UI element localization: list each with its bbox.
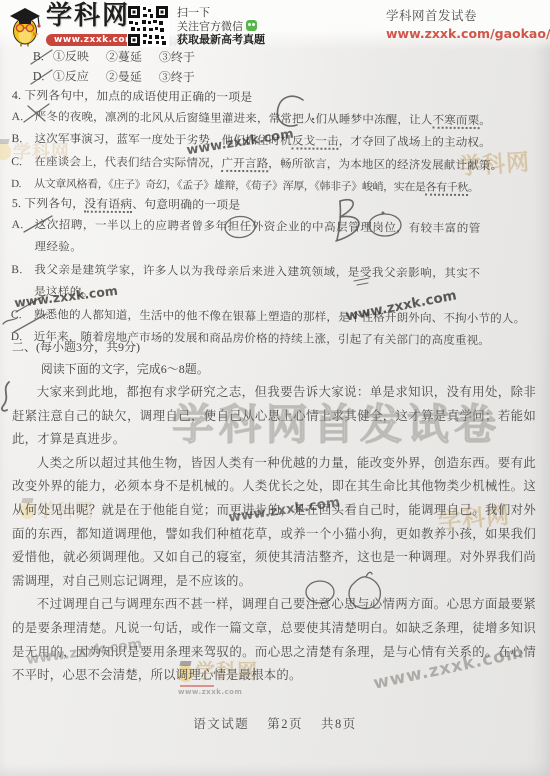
option-label: B. — [11, 128, 22, 151]
exam-source-title: 学科网首发试卷 — [386, 6, 550, 24]
wechat-icon — [246, 20, 257, 31]
question-4: 4. 下列各句中，加点的成语使用正确的一项是 A.严冬的夜晚，凛冽的北风从后窗缝… — [11, 84, 536, 200]
question-3-rows: B.①反映②蔓延③终于 D.①反应②曼延③终于 — [33, 46, 536, 90]
reading-intro: 阅读下面的文字，完成6～8题。 — [12, 358, 536, 380]
option-row-a: A.这次招聘，一半以上的应聘者曾多年担任外资企业的中高层管理岗位，有较丰富的管理… — [11, 214, 480, 263]
header-right: 学科网首发试卷 www.zxxk.com/gaokao/2014/ — [386, 6, 550, 41]
idiom-emphasis: 广开言路 — [221, 158, 268, 172]
idiom-emphasis: 反戈一击 — [292, 136, 339, 150]
section-2: 二、(每小题3分，共9分) 阅读下面的文字，完成6～8题。 大家来到此地，都抱有… — [12, 336, 536, 687]
footer-page: 第2页 — [267, 717, 303, 731]
qr-caption: 扫一下 关注官方微信 获取最新高考真题 — [177, 6, 265, 47]
option-label: C. — [11, 151, 22, 174]
qr-code — [127, 5, 169, 52]
footer-total: 共8页 — [321, 717, 357, 731]
option-text: 熟悉他的人都知道，生活中的他不像在银幕上塑造的那样，是个性格开朗外向、不拘小节的… — [34, 309, 525, 325]
idiom-emphasis: 各有千秋 — [425, 182, 468, 196]
passage-paragraph: 人类之所以超过其他生物，皆因人类有一种优越的力量，能改变外界，创造东西。要有此改… — [12, 451, 536, 593]
idiom-emphasis: 不寒而栗 — [432, 115, 479, 129]
option-label: A. — [12, 214, 24, 237]
qr-caption-line3: 获取最新高考真题 — [177, 33, 265, 47]
stem-emphasis: 没有语病 — [84, 197, 132, 213]
reading-passage: 大家来到此地，都抱有求学研究之志，但我要告诉大家说：单是求知识，没有用处，除非赶… — [12, 380, 536, 687]
page-footer: 语文试题第2页共8页 — [0, 714, 550, 732]
option-label: D. — [33, 66, 53, 86]
option-row-b: B.我父亲是建筑学家，许多人以为我母亲后来进入建筑领域，是受我父亲影响，其实不是… — [11, 259, 480, 308]
margin-squiggle — [2, 382, 9, 411]
passage-paragraph: 不过调理自己与调理东西不甚一样，调理自己要注意心思与心情两方面。心思方面最要紧的… — [12, 592, 536, 686]
option-text: 我父亲是建筑学家，许多人以为我母亲后来进入建筑领域，是受我父亲影响，其实不是这样… — [34, 264, 480, 299]
zxxk-logo: 学科网 www.zxxk.com — [6, 3, 143, 47]
option-text: 在座谈会上，代表们结合实际情况，广开言路，畅所欲言，为本地区的经济发展献计献策。 — [34, 156, 502, 172]
option-label: A. — [12, 106, 24, 129]
watermark-logo-url: www.zxxk.com — [178, 688, 258, 696]
option-text: 这次招聘，一半以上的应聘者曾多年担任外资企业的中高层管理岗位，有较丰富的管理经验… — [34, 219, 480, 254]
bird-icon — [0, 143, 11, 160]
footer-title: 语文试题 — [193, 717, 249, 731]
option-label: C. — [11, 304, 22, 327]
option-label: B. — [11, 259, 23, 282]
option-text: 严冬的夜晚，凛冽的北风从后窗缝里灌进来，常常把人们从睡梦中冻醒，让人不寒而栗。 — [35, 111, 491, 129]
exam-source-url: www.zxxk.com/gaokao/2014/ — [386, 26, 550, 41]
passage-paragraph: 大家来到此地，都抱有求学研究之志，但我要告诉大家说：单是求知识，没有用处，除非赶… — [12, 380, 536, 451]
mascot-icon — [6, 3, 44, 47]
section-2-heading: 二、(每小题3分，共9分) — [12, 336, 536, 358]
question-5: 5. 下列各句，没有语病、句意明确的一项是 A.这次招聘，一半以上的应聘者曾多年… — [11, 192, 536, 353]
option-text: 这次军事演习，蓝军一度处于劣势，他们抓住时机反戈一击，才夺回了战场上的主动权。 — [34, 134, 490, 151]
qr-caption-line1: 扫一下 — [177, 6, 265, 20]
scanned-exam-page: 学科网 www.zxxk.com 扫一下 关注官方微信 获取最新高考真题 — [0, 0, 550, 776]
qr-caption-line2: 关注官方微信 — [177, 20, 265, 34]
